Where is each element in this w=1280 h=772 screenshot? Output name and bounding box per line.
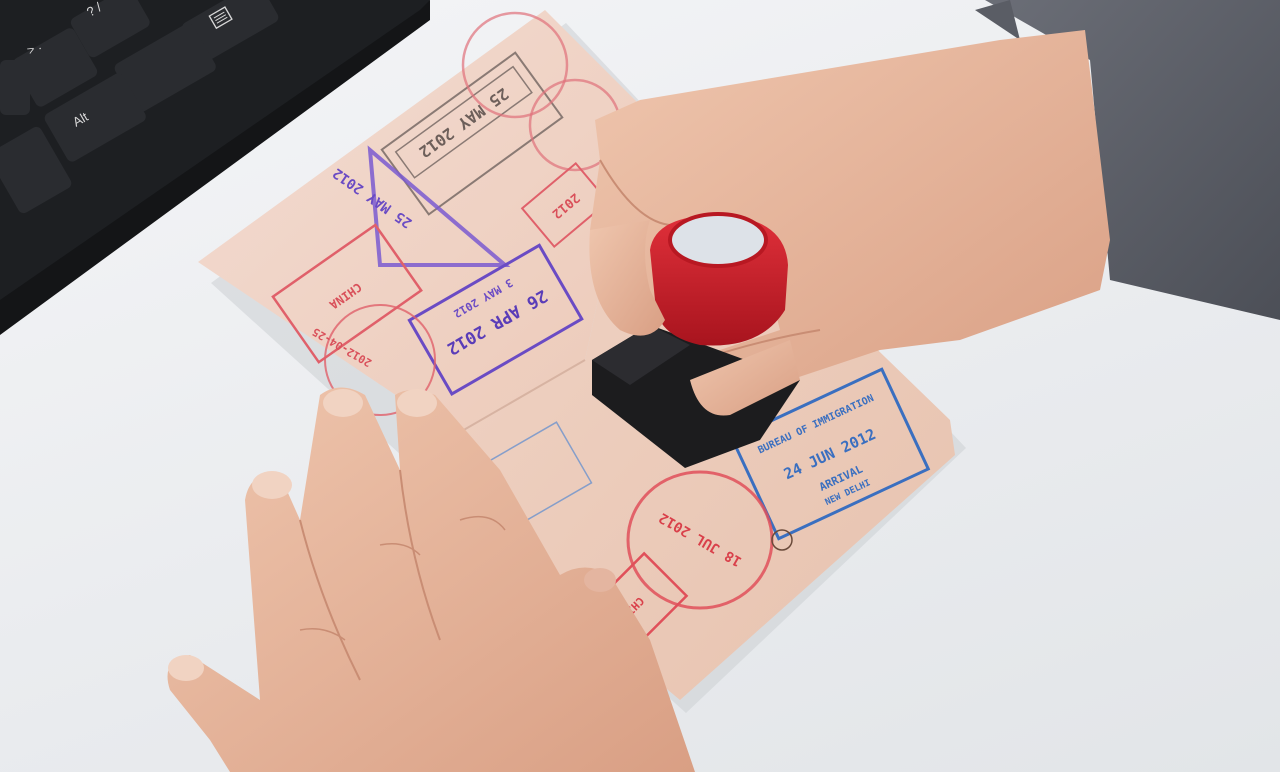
photo-scene: ? / > . Alt 25 MAY 2012 25 MAY 201 (0, 0, 1280, 772)
photo-illustration: ? / > . Alt 25 MAY 2012 25 MAY 201 (0, 0, 1280, 772)
